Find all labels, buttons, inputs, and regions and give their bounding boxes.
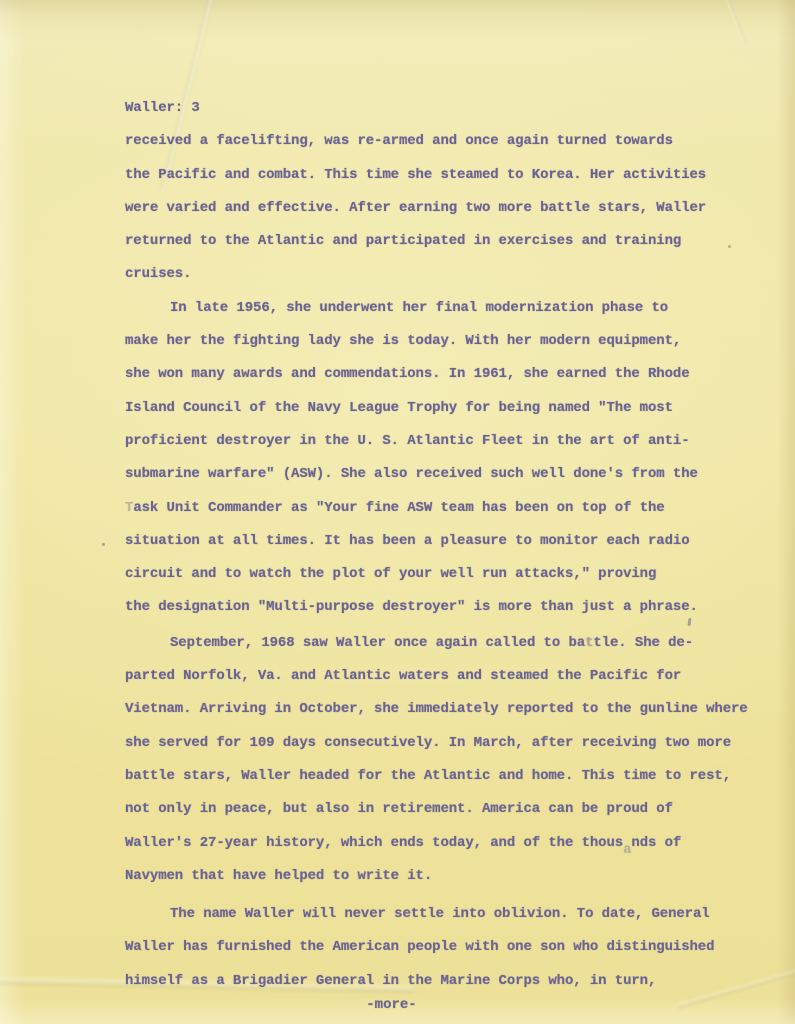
typed-line: battle stars, Waller headed for the Atla…	[125, 760, 781, 793]
typed-line: returned to the Atlantic and participate…	[125, 225, 781, 258]
typed-line: she won many awards and commendations. I…	[125, 358, 781, 391]
typed-char-faint: T	[125, 500, 133, 516]
typed-line: were varied and effective. After earning…	[125, 192, 781, 225]
typed-line: parted Norfolk, Va. and Atlantic waters …	[125, 660, 781, 693]
typed-line: Vietnam. Arriving in October, she immedi…	[125, 693, 781, 726]
typed-line: situation at all times. It has been a pl…	[125, 525, 781, 558]
typed-line: circuit and to watch the plot of your we…	[125, 558, 781, 591]
typed-line: not only in peace, but also in retiremen…	[125, 793, 781, 826]
paragraph: In late 1956, she underwent her final mo…	[125, 292, 781, 625]
typed-text: Waller's 27-year history, which ends tod…	[125, 835, 623, 851]
typed-text: tle. She de-	[593, 635, 693, 651]
typed-line: In late 1956, she underwent her final mo…	[125, 292, 781, 325]
typed-line: she served for 109 days consecutively. I…	[125, 727, 781, 760]
typed-line: cruises.	[125, 258, 781, 291]
typed-line: September, 1968 saw Waller once again ca…	[125, 627, 781, 660]
typed-line: the designation "Multi-purpose destroyer…	[125, 591, 781, 624]
typed-text: September, 1968 saw Waller once again ca…	[170, 635, 585, 651]
paper-crease-top-right	[725, 0, 747, 43]
typed-line: The name Waller will never settle into o…	[125, 898, 781, 931]
typed-line: himself as a Brigadier General in the Ma…	[125, 965, 781, 998]
typed-line: Task Unit Commander as "Your fine ASW te…	[125, 492, 781, 525]
paragraph: September, 1968 saw Waller once again ca…	[125, 627, 781, 893]
typed-text: ask Unit Commander as "Your fine ASW tea…	[133, 500, 664, 516]
typed-text-body: received a facelifting, was re-armed and…	[125, 125, 781, 998]
typed-text: nds of	[631, 835, 681, 851]
paragraph: The name Waller will never settle into o…	[125, 898, 781, 998]
typed-line: submarine warfare" (ASW). She also recei…	[125, 458, 781, 491]
paragraph: received a facelifting, was re-armed and…	[125, 125, 781, 291]
typed-line: Island Council of the Navy League Trophy…	[125, 392, 781, 425]
typed-line: Waller has furnished the American people…	[125, 931, 781, 964]
page-footer-more: -more-	[0, 997, 783, 1013]
page-header: Waller: 3	[125, 92, 781, 125]
typed-line: proficient destroyer in the U. S. Atlant…	[125, 425, 781, 458]
typed-line: Waller's 27-year history, which ends tod…	[125, 827, 781, 860]
typed-line: make her the fighting lady she is today.…	[125, 325, 781, 358]
paper-sheet: Waller: 3 received a facelifting, was re…	[0, 0, 795, 1024]
typed-line: Navymen that have helped to write it.	[125, 860, 781, 893]
paper-speck	[102, 543, 105, 546]
typed-char-smudge: t	[585, 635, 593, 651]
document-content: Waller: 3 received a facelifting, was re…	[125, 92, 781, 998]
typed-line: the Pacific and combat. This time she st…	[125, 159, 781, 192]
typed-char-dropped: a	[623, 834, 631, 867]
typed-line: received a facelifting, was re-armed and…	[125, 125, 781, 158]
